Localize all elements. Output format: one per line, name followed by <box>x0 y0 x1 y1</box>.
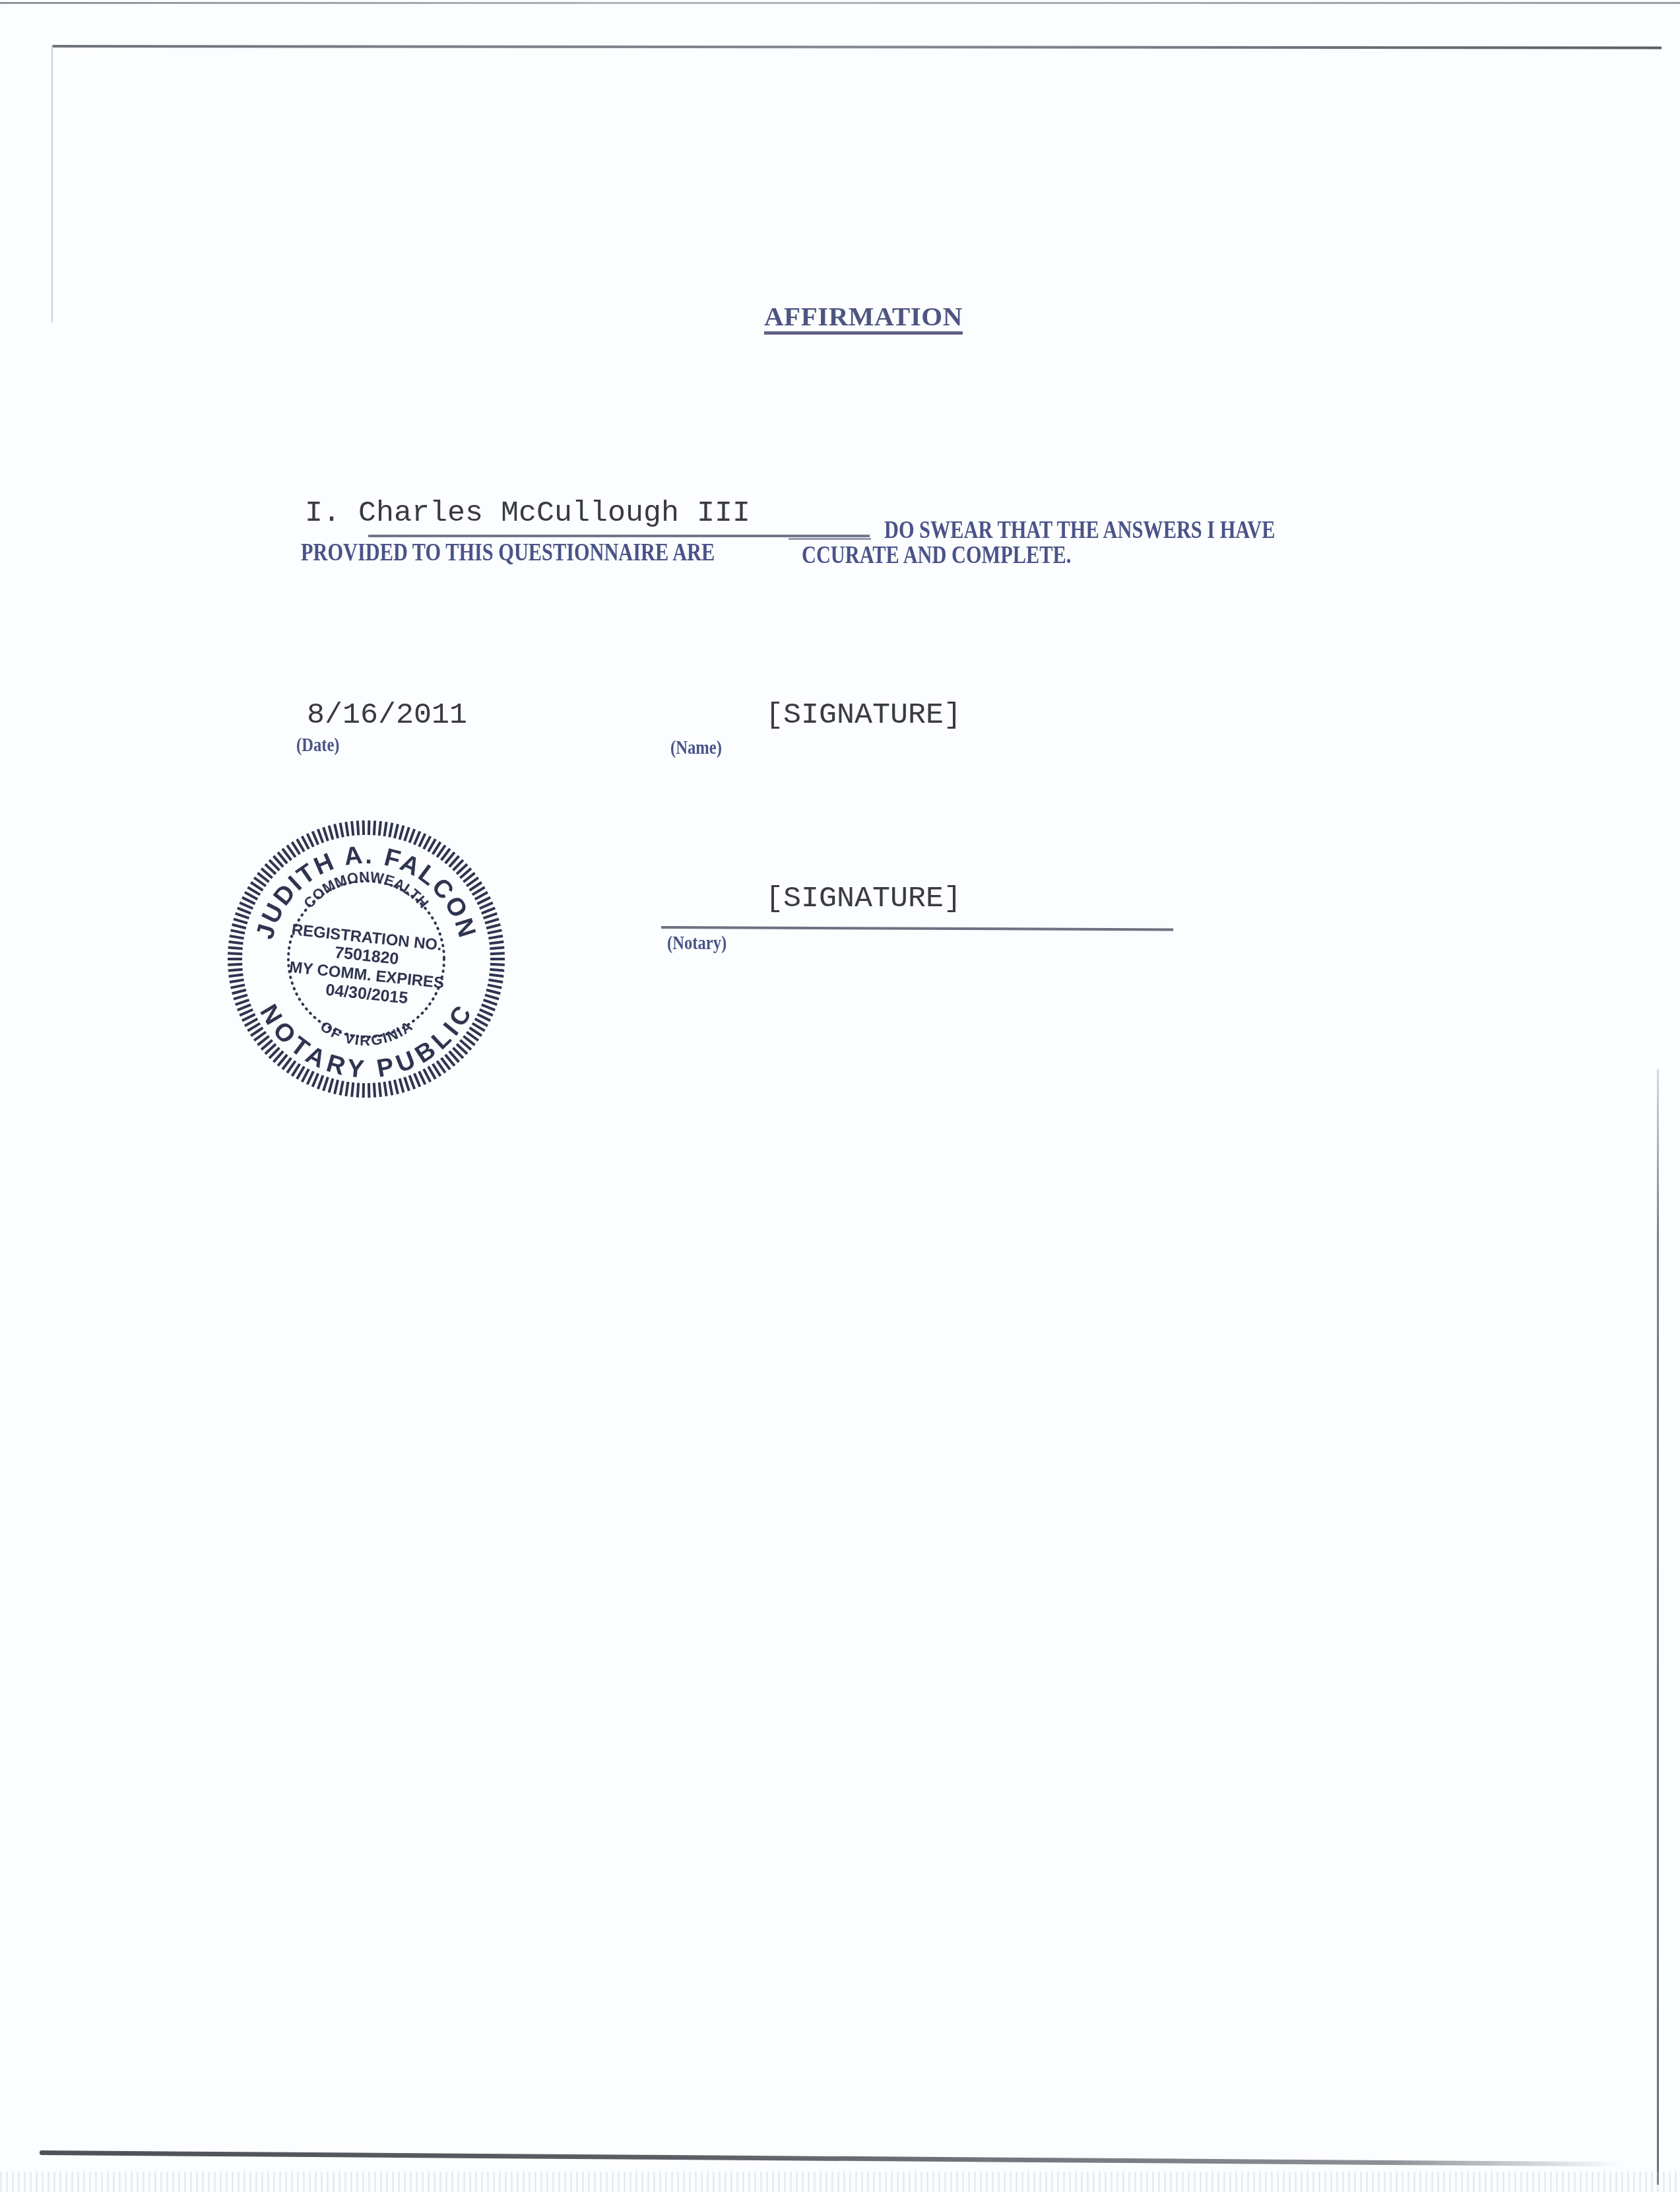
date-value: 8/16/2011 <box>307 698 467 732</box>
notary-signature-line <box>661 926 1173 931</box>
scan-top-edge <box>0 2 1680 4</box>
name-label: (Name) <box>670 737 722 759</box>
page-border-left <box>51 45 53 322</box>
seal-outer-top-text: JUDITH A. FALCON <box>251 841 481 942</box>
page-border-top <box>51 45 1662 50</box>
affirmant-name-underline-end <box>789 538 871 540</box>
affirmation-text-line2b: CCURATE AND COMPLETE. <box>802 541 1071 570</box>
scan-bottom-noise <box>0 2172 1680 2192</box>
affirmant-name: I. Charles McCullough III <box>305 496 750 530</box>
affirmant-name-underline <box>368 535 870 537</box>
seal-inner-bottom-text: OF VIRGINIA <box>317 1018 416 1049</box>
notary-label: (Notary) <box>667 932 727 954</box>
page-title: AFFIRMATION <box>764 301 963 335</box>
svg-text:OF VIRGINIA: OF VIRGINIA <box>317 1018 416 1049</box>
affirmation-text-line2a: PROVIDED TO THIS QUESTIONNAIRE ARE <box>301 539 715 567</box>
date-label: (Date) <box>296 734 340 756</box>
page-border-bottom <box>40 2150 1623 2167</box>
notary-signature: [SIGNATURE] <box>765 882 961 915</box>
page-border-right <box>1657 1069 1659 2185</box>
affirmation-text-line1: DO SWEAR THAT THE ANSWERS I HAVE <box>884 516 1275 545</box>
svg-text:JUDITH A. FALCON: JUDITH A. FALCON <box>251 841 481 942</box>
name-signature: [SIGNATURE] <box>765 698 961 732</box>
notary-seal: JUDITH A. FALCON NOTARY PUBLIC COMMONWEA… <box>224 817 508 1101</box>
